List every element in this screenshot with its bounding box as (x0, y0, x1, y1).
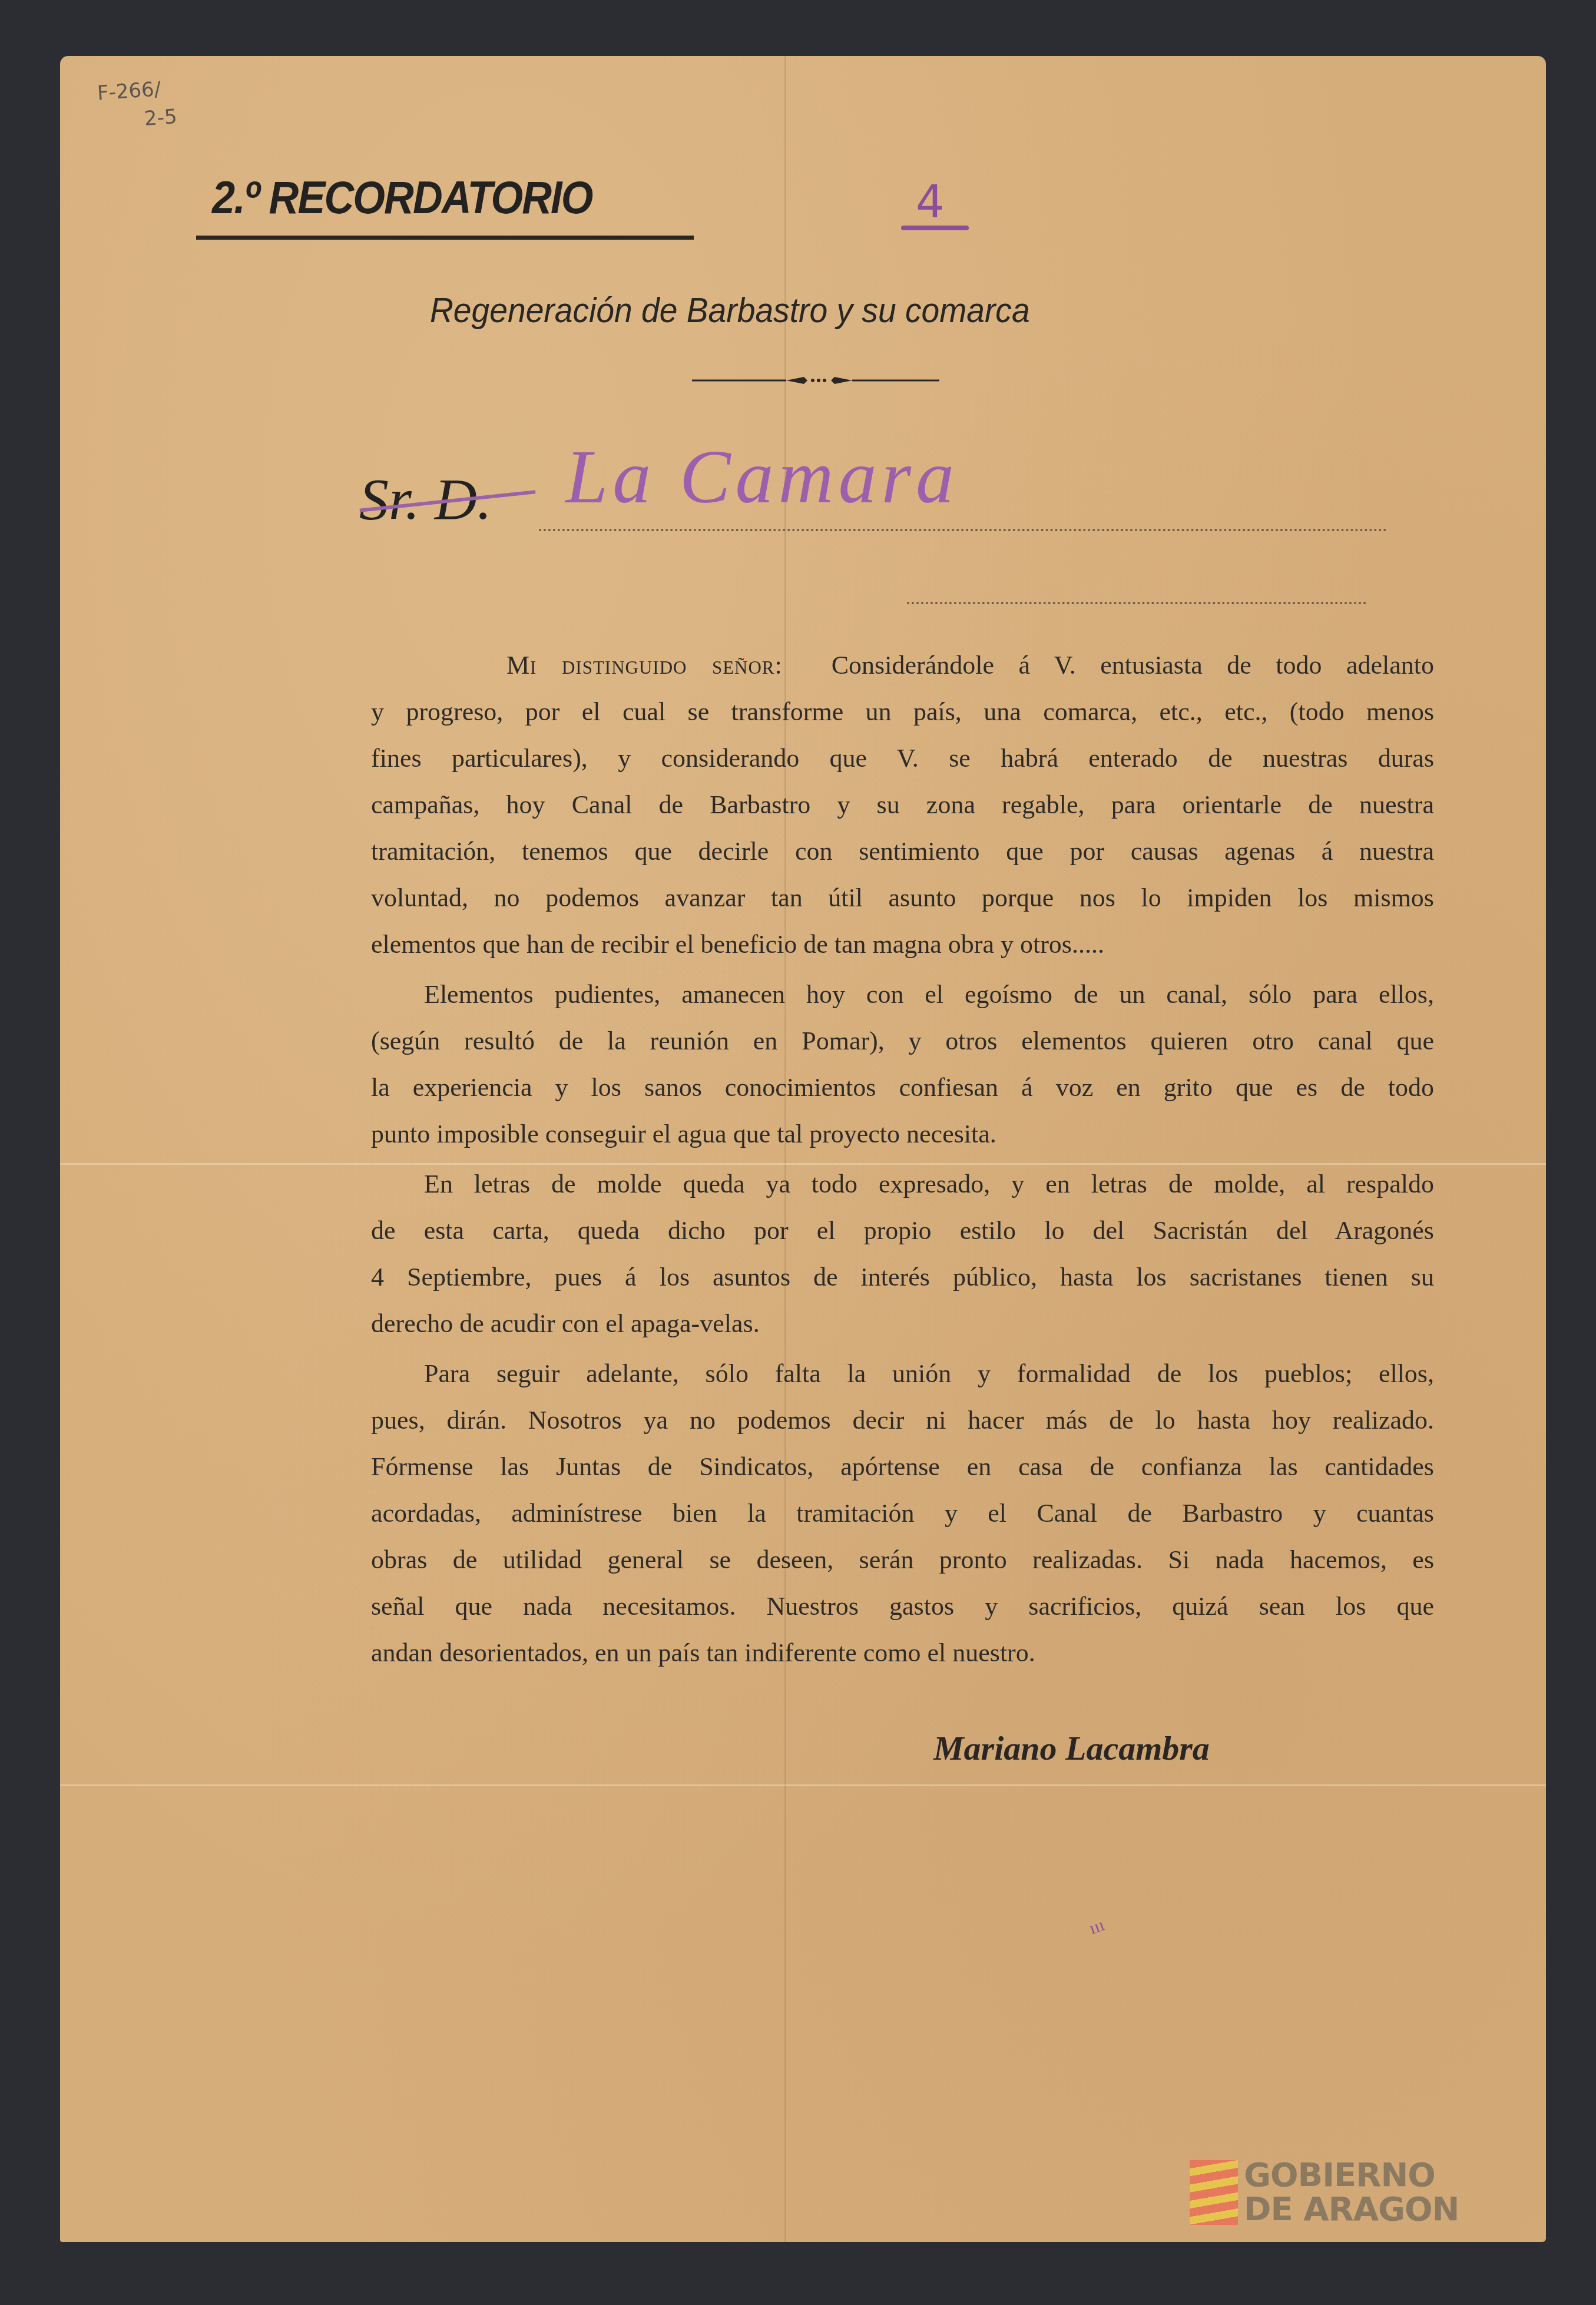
address-dotted-line (539, 529, 1387, 531)
fold-crease-horizontal (60, 1784, 1546, 1786)
addressee-handwritten: La Camara (565, 433, 959, 521)
body-line: andan desorientados, en un país tan indi… (371, 1630, 1434, 1676)
body-line: derecho de acudir con el apaga-velas. (371, 1300, 1434, 1347)
handwritten-number: 4 (916, 175, 944, 228)
document-subtitle: Regeneración de Barbastro y su comarca (430, 290, 1030, 330)
body-line: de esta carta, queda dicho por el propio… (371, 1207, 1434, 1254)
body-line: tramitación, tenemos que decirle con sen… (371, 828, 1434, 875)
body-line: la experiencia y los sanos conocimientos… (371, 1064, 1434, 1111)
ornament-divider-icon (692, 375, 939, 386)
body-line: Mi distinguido señor: Considerándole á V… (371, 642, 1434, 688)
address-dotted-line-2 (907, 602, 1366, 604)
body-line: acordadas, adminístrese bien la tramitac… (371, 1490, 1434, 1536)
body-line: campañas, hoy Canal de Barbastro y su zo… (371, 781, 1434, 828)
letter-body: Mi distinguido señor: Considerándole á V… (371, 642, 1434, 1676)
gobierno-de-aragon-watermark: GOBIERNO DE ARAGON (1190, 2158, 1459, 2227)
body-line: señal que nada necesitamos. Nuestros gas… (371, 1583, 1434, 1630)
body-line: (según resultó de la reunión en Pomar), … (371, 1018, 1434, 1064)
body-line: obras de utilidad general se deseen, ser… (371, 1536, 1434, 1583)
body-line: voluntad, no podemos avanzar tan útil as… (371, 875, 1434, 921)
signature: Mariano Lacambra (933, 1728, 1210, 1768)
body-line: En letras de molde queda ya todo expresa… (371, 1161, 1434, 1207)
body-line: pues, dirán. Nosotros ya no podemos deci… (371, 1397, 1434, 1443)
body-line: fines particulares), y considerando que … (371, 735, 1434, 781)
body-line: punto imposible conseguir el agua que ta… (371, 1111, 1434, 1157)
watermark-text: GOBIERNO DE ARAGON (1244, 2158, 1459, 2227)
document-title: 2.º RECORDATORIO (212, 171, 592, 224)
title-underline (196, 236, 694, 240)
aragon-flag-icon (1190, 2160, 1238, 2225)
body-line: y progreso, por el cual se transforme un… (371, 688, 1434, 735)
archive-reference: F-266/ 2-5 (97, 80, 227, 144)
body-line: Para seguir adelante, sólo falta la unió… (371, 1350, 1434, 1397)
body-line: 4 Septiembre, pues á los asuntos de inte… (371, 1254, 1434, 1300)
body-line: Fórmense las Juntas de Sindicatos, apórt… (371, 1443, 1434, 1490)
number-underline (901, 226, 969, 230)
greeting: Mi distinguido señor: (506, 651, 783, 680)
body-line: Elementos pudientes, amanecen hoy con el… (371, 971, 1434, 1018)
body-line: elementos que han de recibir el benefici… (371, 921, 1434, 968)
